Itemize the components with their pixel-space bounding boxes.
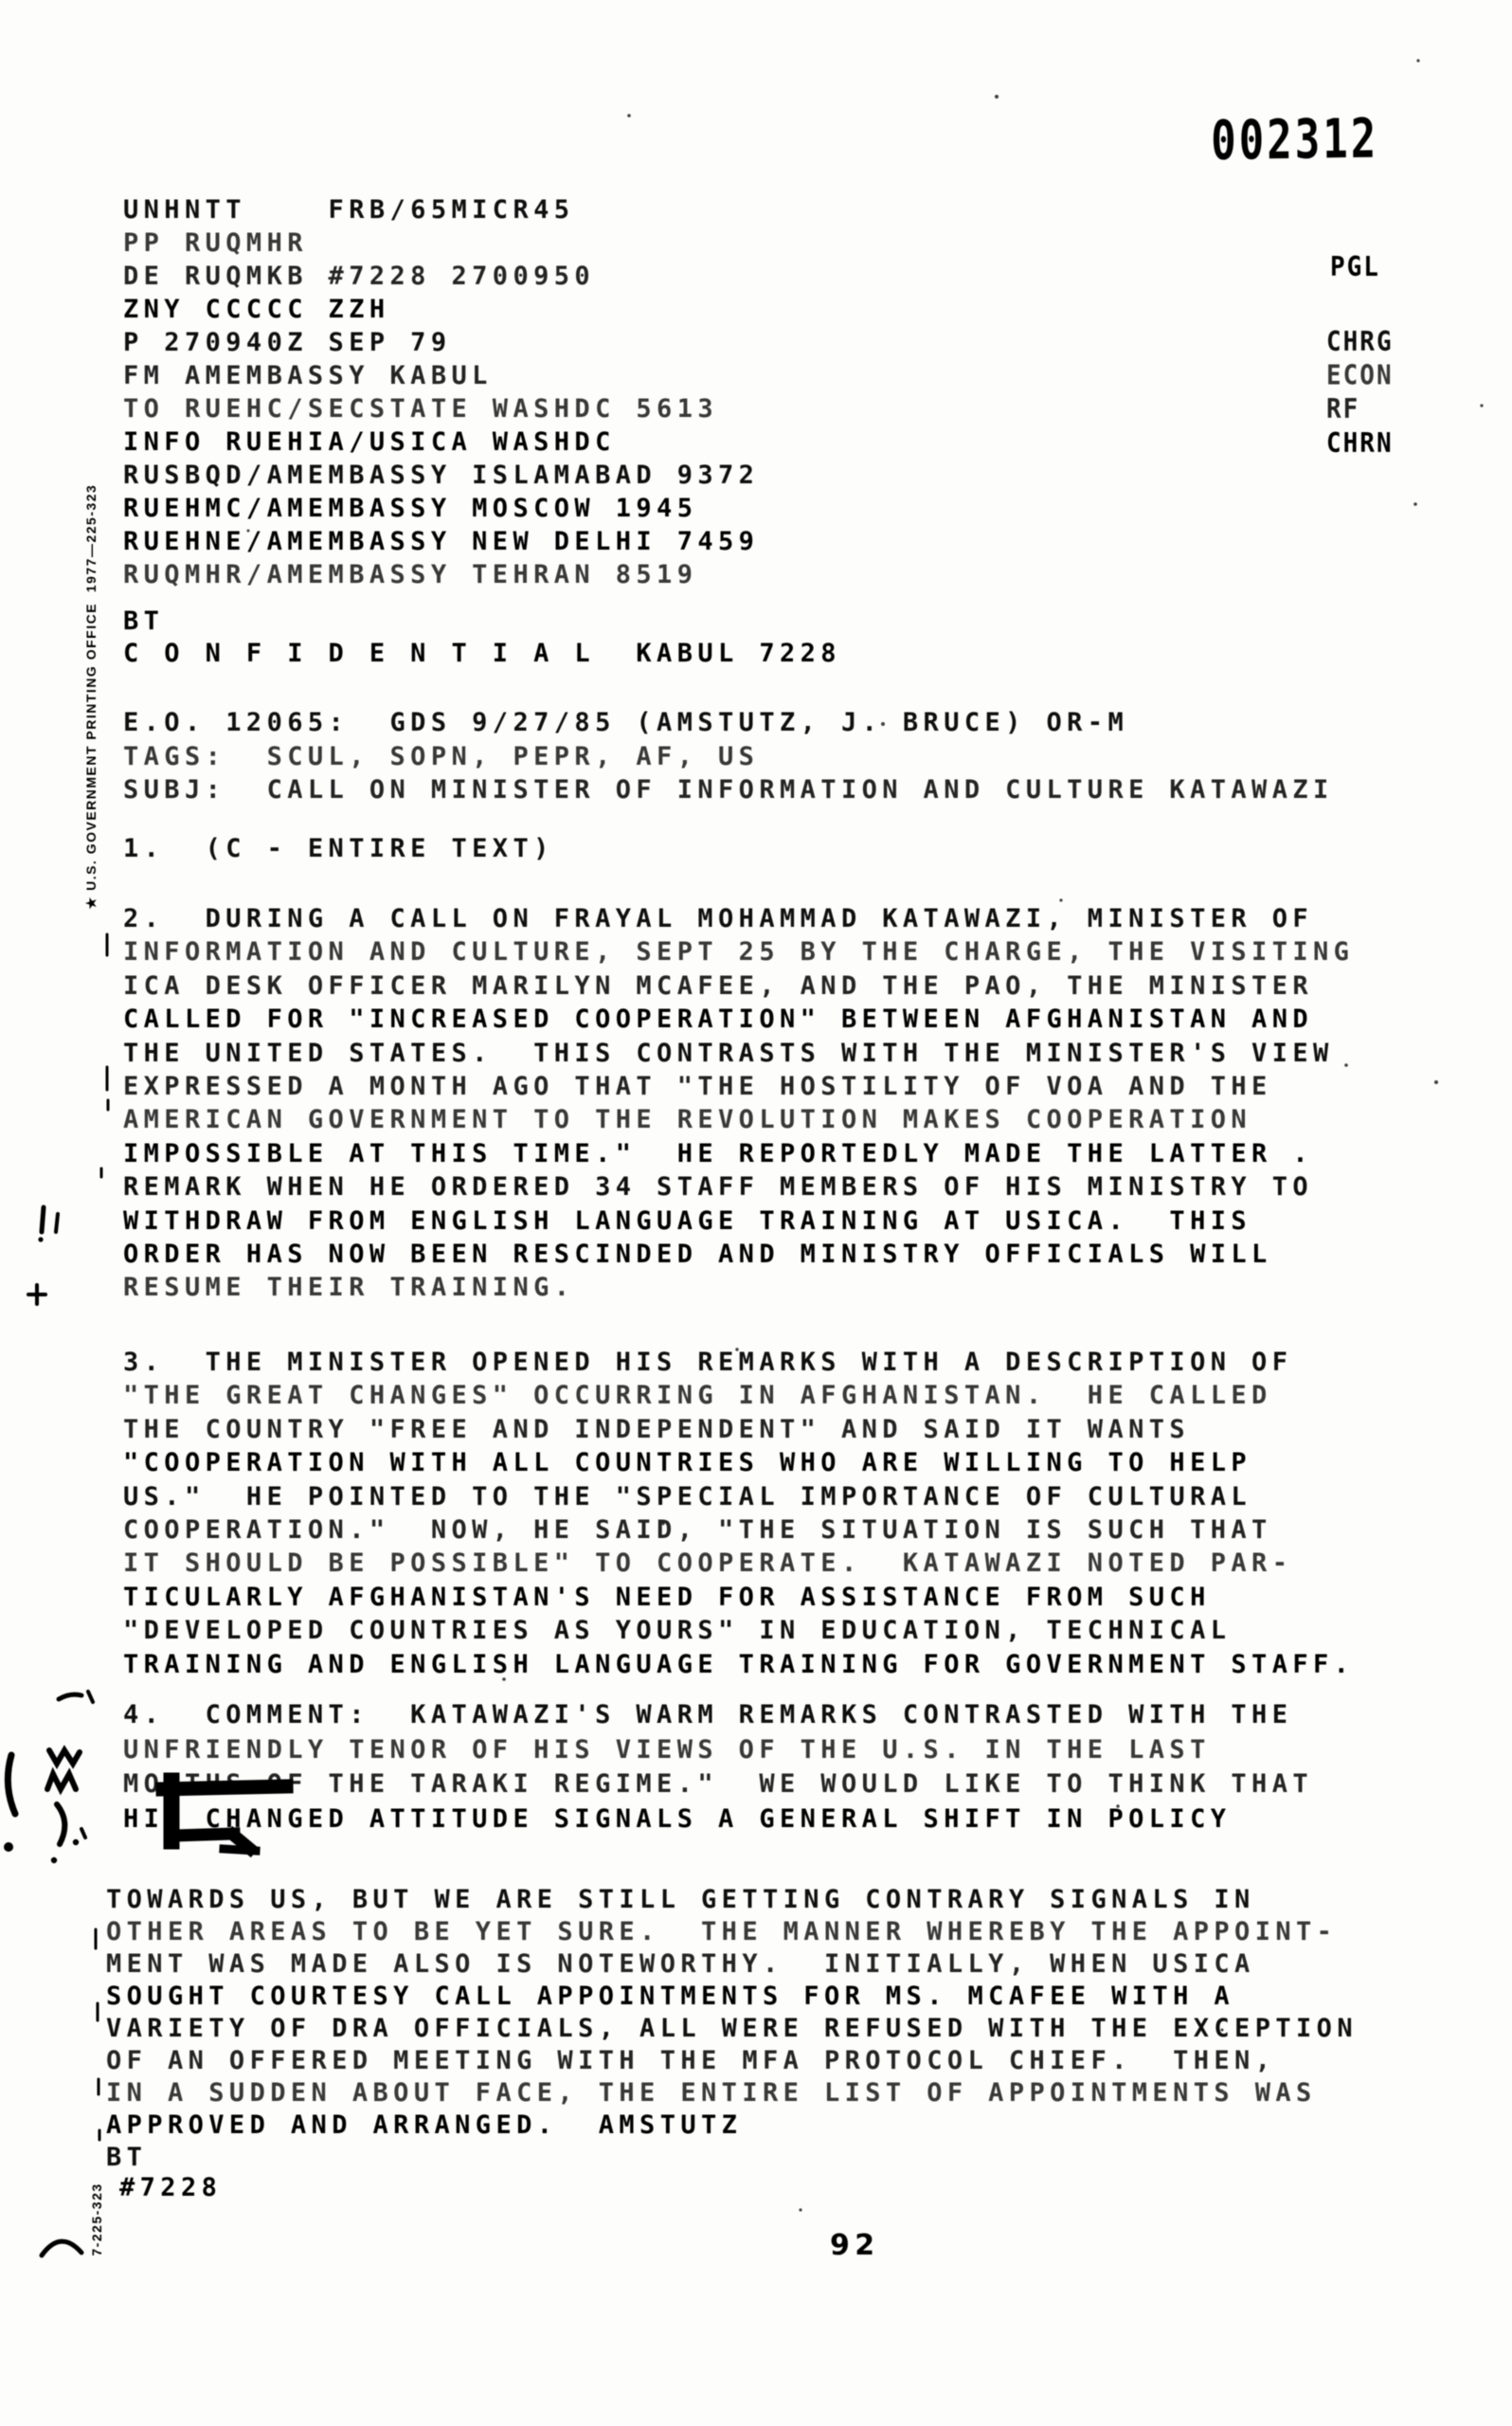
text-line: THE COUNTRY "FREE AND INDEPENDENT" AND S… — [123, 1413, 1354, 1446]
text-line: CHRG — [1326, 326, 1394, 360]
text-line: "COOPERATION WITH ALL COUNTRIES WHO ARE … — [123, 1446, 1354, 1479]
text-line: IN A SUDDEN ABOUT FACE, THE ENTIRE LIST … — [106, 2077, 1358, 2109]
cable-number-line: #7228 — [119, 2173, 222, 2202]
text-line: RUSBQD/AMEMBASSY ISLAMABAD 9372 — [123, 459, 759, 492]
text-line: EXPRESSED A MONTH AGO THAT "THE HOSTILIT… — [123, 1070, 1354, 1103]
text-line: REMARK WHEN HE ORDERED 34 STAFF MEMBERS … — [123, 1170, 1354, 1204]
cable-header-lines: UNHNTT FRB/65MICR45PP RUQMHRDE RUQMKB #7… — [123, 193, 759, 591]
text-line: TAGS: SCUL, SOPN, PEPR, AF, US — [123, 740, 1334, 774]
paragraph-5-signature: TOWARDS US, BUT WE ARE STILL GETTING CON… — [106, 1884, 1358, 2174]
gpo-imprint-vertical: ★ U.S. GOVERNMENT PRINTING OFFICE 1977—2… — [83, 460, 100, 933]
text-line: DE RUQMKB #7228 2700950 — [123, 260, 759, 293]
paragraph-2: 2. DURING A CALL ON FRAYAL MOHAMMAD KATA… — [123, 902, 1354, 1305]
text-line: ICA DESK OFFICER MARILYN MCAFEE, AND THE… — [123, 969, 1354, 1003]
text-line: TICULARLY AFGHANISTAN'S NEED FOR ASSISTA… — [123, 1581, 1354, 1614]
text-line: UNFRIENDLY TENOR OF HIS VIEWS OF THE U.S… — [123, 1733, 1313, 1768]
text-line: RUEHNE/AMEMBASSY NEW DELHI 7459 — [123, 525, 759, 558]
paragraph-4: 4. COMMENT: KATAWAZI'S WARM REMARKS CONT… — [123, 1698, 1313, 1837]
text-line: HIS CHANGED ATTITUDE SIGNALS A GENERAL S… — [123, 1802, 1313, 1838]
text-line: APPROVED AND ARRANGED. AMSTUTZ — [106, 2109, 1358, 2142]
scanned-cable-page: 002312 PGL CHRGECONRFCHRN ★ U.S. GOVERNM… — [0, 0, 1512, 2426]
text-line: "DEVELOPED COUNTRIES AS YOURS" IN EDUCAT… — [123, 1614, 1354, 1647]
text-line: IT SHOULD BE POSSIBLE" TO COOPERATE. KAT… — [123, 1547, 1354, 1580]
text-line: OF AN OFFERED MEETING WITH THE MFA PROTO… — [106, 2045, 1358, 2077]
text-line: ECON — [1326, 360, 1394, 394]
text-line: COOPERATION." NOW, HE SAID, "THE SITUATI… — [123, 1513, 1354, 1547]
text-line: RUEHMC/AMEMBASSY MOSCOW 1945 — [123, 492, 759, 525]
text-line: RESUME THEIR TRAINING. — [123, 1271, 1354, 1304]
scan-ink-layer: 002312 PGL CHRGECONRFCHRN ★ U.S. GOVERNM… — [0, 0, 1512, 2426]
text-line: 2. DURING A CALL ON FRAYAL MOHAMMAD KATA… — [123, 902, 1354, 935]
text-line: E.O. 12065: GDS 9/27/85 (AMSTUTZ, J. BRU… — [123, 706, 1334, 740]
text-line: RF — [1326, 393, 1394, 427]
text-line: AMERICAN GOVERNMENT TO THE REVOLUTION MA… — [123, 1103, 1354, 1136]
reference-lines: E.O. 12065: GDS 9/27/85 (AMSTUTZ, J. BRU… — [123, 706, 1334, 807]
paragraph-1: 1. (C - ENTIRE TEXT) — [123, 834, 554, 863]
margin-officer-code: PGL — [1330, 252, 1380, 282]
text-line: WITHDRAW FROM ENGLISH LANGUAGE TRAINING … — [123, 1204, 1354, 1238]
text-line: ORDER HAS NOW BEEN RESCINDED AND MINISTR… — [123, 1238, 1354, 1271]
text-line: MENT WAS MADE ALSO IS NOTEWORTHY. INITIA… — [106, 1948, 1358, 1981]
text-line: IMPOSSIBLE AT THIS TIME." HE REPORTEDLY … — [123, 1137, 1354, 1170]
margin-distribution-codes: CHRGECONRFCHRN — [1326, 326, 1394, 462]
paragraph-3: 3. THE MINISTER OPENED HIS REMARKS WITH … — [123, 1346, 1354, 1681]
text-line: TO RUEHC/SECSTATE WASHDC 5613 — [123, 392, 759, 425]
cable-bt-line: BT — [123, 606, 164, 636]
text-line: 4. COMMENT: KATAWAZI'S WARM REMARKS CONT… — [123, 1698, 1313, 1733]
text-line: CHRN — [1326, 427, 1394, 462]
text-line: BT — [106, 2142, 1358, 2174]
text-line: ZNY CCCCC ZZH — [123, 293, 759, 326]
text-line: THE UNITED STATES. THIS CONTRASTS WITH T… — [123, 1037, 1354, 1070]
text-line: RUQMHR/AMEMBASSY TEHRAN 8519 — [123, 558, 759, 591]
text-line: 1. (C - ENTIRE TEXT) — [123, 834, 554, 863]
text-line: FM AMEMBASSY KABUL — [123, 359, 759, 392]
text-line: SOUGHT COURTESY CALL APPOINTMENTS FOR MS… — [106, 1981, 1358, 2013]
text-line: OTHER AREAS TO BE YET SURE. THE MANNER W… — [106, 1916, 1358, 1948]
text-line: INFORMATION AND CULTURE, SEPT 25 BY THE … — [123, 935, 1354, 969]
text-line: P 270940Z SEP 79 — [123, 326, 759, 359]
text-line: MONTHS OF THE TARAKI REGIME." WE WOULD L… — [123, 1767, 1313, 1802]
text-line: UNHNTT FRB/65MICR45 — [123, 193, 759, 226]
text-line: 3. THE MINISTER OPENED HIS REMARKS WITH … — [123, 1346, 1354, 1379]
page-number: 92 — [830, 2229, 880, 2262]
text-line: VARIETY OF DRA OFFICIALS, ALL WERE REFUS… — [106, 2013, 1358, 2045]
serial-number-stamp: 002312 — [1211, 108, 1378, 173]
classification-line: C O N F I D E N T I A L KABUL 7228 — [123, 639, 841, 668]
handwritten-marks — [4, 1207, 93, 2255]
text-line: US." HE POINTED TO THE "SPECIAL IMPORTAN… — [123, 1480, 1354, 1513]
text-line: TRAINING AND ENGLISH LANGUAGE TRAINING F… — [123, 1648, 1354, 1681]
text-line: TOWARDS US, BUT WE ARE STILL GETTING CON… — [106, 1884, 1358, 1916]
text-line: INFO RUEHIA/USICA WASHDC — [123, 425, 759, 459]
text-line: "THE GREAT CHANGES" OCCURRING IN AFGHANI… — [123, 1379, 1354, 1412]
text-line: PP RUQMHR — [123, 226, 759, 260]
print-code-vertical: 7-225-323 — [89, 2166, 104, 2272]
text-line: SUBJ: CALL ON MINISTER OF INFORMATION AN… — [123, 773, 1334, 807]
text-line: CALLED FOR "INCREASED COOPERATION" BETWE… — [123, 1003, 1354, 1036]
